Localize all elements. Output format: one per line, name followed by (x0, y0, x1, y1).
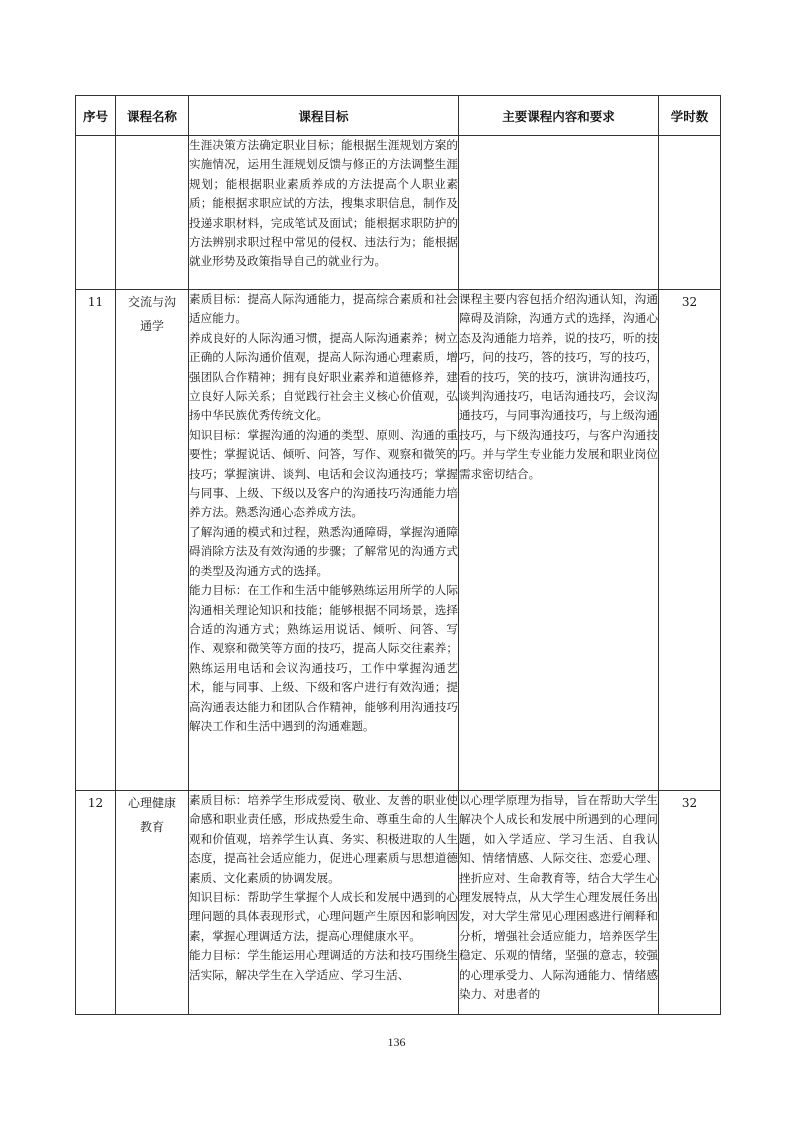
page-number: 136 (0, 1035, 793, 1050)
course-goal: 生涯决策方法确定职业目标；能根据生涯规划方案的实施情况，运用生涯规划反馈与修正的… (189, 136, 459, 290)
goal-paragraph: 知识目标：帮助学生掌握个人成长和发展中遇到的心理问题的具体表现形式，心理问题产生… (189, 888, 458, 946)
course-name: 心理健康教育 (126, 791, 178, 839)
goal-paragraph: 素质目标：培养学生形成爱岗、敬业、友善的职业使命感和职业责任感，形成热爱生命、尊… (189, 791, 458, 888)
course-name (116, 136, 189, 290)
goal-paragraph: 生涯决策方法确定职业目标；能根据生涯规划方案的实施情况，运用生涯规划反馈与修正的… (189, 136, 458, 272)
row-number (76, 136, 116, 290)
course-goal: 素质目标：培养学生形成爱岗、敬业、友善的职业使命感和职业责任感，形成热爱生命、尊… (189, 791, 459, 1015)
table-header-row: 序号 课程名称 课程目标 主要课程内容和要求 学时数 (76, 96, 721, 136)
goal-paragraph: 养成良好的人际沟通习惯，提高人际沟通素养；树立正确的人际沟通价值观，提高人际沟通… (189, 329, 458, 426)
goal-paragraph: 能力目标：学生能运用心理调适的方法和技巧围绕生活实际，解决学生在入学适应、学习生… (189, 946, 458, 985)
course-name: 交流与沟通学 (126, 290, 178, 338)
course-hours (659, 136, 721, 290)
course-content (459, 136, 659, 290)
table-row: 11 交流与沟通学 素质目标：提高人际沟通能力，提高综合素质和社会适应能力。 养… (76, 290, 721, 791)
course-name-cell: 心理健康教育 (116, 791, 189, 1015)
course-hours: 32 (659, 290, 721, 791)
row-number: 12 (76, 791, 116, 1015)
header-hours: 学时数 (659, 96, 721, 136)
course-content: 课程主要内容包括介绍沟通认知，沟通障碍及消除，沟通方式的选择，沟通心态及沟通能力… (459, 290, 659, 791)
course-goal: 素质目标：提高人际沟通能力，提高综合素质和社会适应能力。 养成良好的人际沟通习惯… (189, 290, 459, 791)
course-name-cell: 交流与沟通学 (116, 290, 189, 791)
header-course-goal: 课程目标 (189, 96, 459, 136)
header-no: 序号 (76, 96, 116, 136)
row-number: 11 (76, 290, 116, 791)
header-course-content: 主要课程内容和要求 (459, 96, 659, 136)
course-content: 以心理学原理为指导，旨在帮助大学生解决个人成长和发展中所遇到的心理问题，如入学适… (459, 791, 659, 1015)
goal-paragraph: 素质目标：提高人际沟通能力，提高综合素质和社会适应能力。 (189, 290, 458, 329)
document-page: 序号 课程名称 课程目标 主要课程内容和要求 学时数 生涯决策方法确定职业目标；… (0, 0, 793, 1122)
table-row: 12 心理健康教育 素质目标：培养学生形成爱岗、敬业、友善的职业使命感和职业责任… (76, 791, 721, 1015)
course-hours: 32 (659, 791, 721, 1015)
goal-paragraph: 了解沟通的模式和过程，熟悉沟通障碍，掌握沟通障碍消除方法及有效沟通的步骤；了解常… (189, 523, 458, 581)
header-course-name: 课程名称 (116, 96, 189, 136)
goal-paragraph: 知识目标：掌握沟通的沟通的类型、原则、沟通的重要性；掌握说话、倾听、问答，写作、… (189, 426, 458, 523)
goal-paragraph: 能力目标：在工作和生活中能够熟练运用所学的人际沟通相关理论知识和技能；能够根据不… (189, 581, 458, 736)
table-row: 生涯决策方法确定职业目标；能根据生涯规划方案的实施情况，运用生涯规划反馈与修正的… (76, 136, 721, 290)
course-table: 序号 课程名称 课程目标 主要课程内容和要求 学时数 生涯决策方法确定职业目标；… (75, 95, 721, 1015)
